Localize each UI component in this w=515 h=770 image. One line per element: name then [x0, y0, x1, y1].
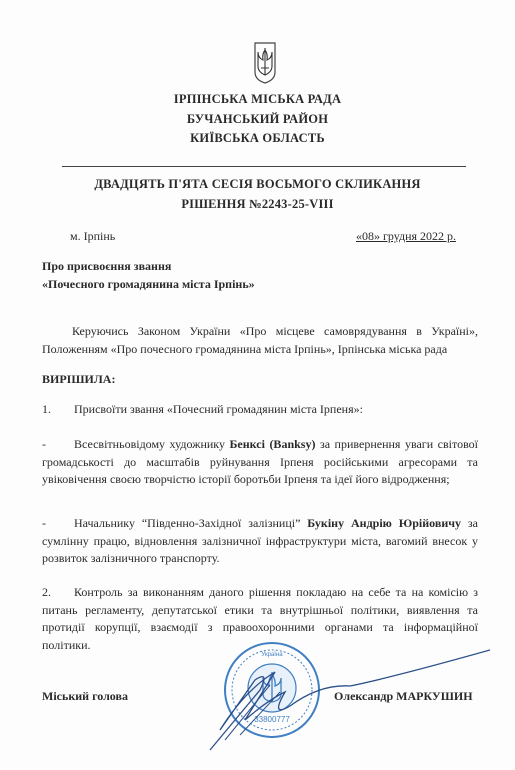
bullet: - — [42, 436, 74, 454]
banksy-name: Бенксі (Banksy) — [229, 437, 315, 451]
bullet: - — [42, 515, 74, 533]
district-name: БУЧАНСЬКИЙ РАЙОН — [0, 112, 515, 127]
item-banksy: -Всесвітньовідому художнику Бенксі (Bank… — [42, 436, 478, 489]
signatory-name: Олександр МАРКУШИН — [334, 689, 473, 704]
council-name: ІРПІНСЬКА МІСЬКА РАДА — [0, 92, 515, 107]
banksy-prefix: Всесвітньовідому художнику — [74, 437, 229, 451]
decision-number: РІШЕННЯ №2243-25-VIII — [0, 197, 515, 212]
preamble: Керуючись Законом України «Про місцеве с… — [42, 323, 478, 358]
document-page: ІРПІНСЬКА МІСЬКА РАДА БУЧАНСЬКИЙ РАЙОН К… — [0, 0, 515, 770]
subject-line-1: Про присвоєння звання — [42, 259, 171, 274]
city: м. Ірпінь — [70, 229, 115, 244]
trident-emblem-icon — [254, 42, 276, 84]
item-1-text: Присвоїти звання «Почесний громадянин мі… — [74, 402, 363, 416]
header-divider — [62, 166, 466, 167]
mayor-signature-icon — [150, 610, 490, 760]
bukin-name: Букіну Андрію Юрійовичу — [307, 516, 461, 530]
item-1: 1.Присвоїти звання «Почесний громадянин … — [42, 401, 478, 419]
subject-line-2: «Почесного громадянина міста Ірпінь» — [42, 277, 255, 292]
session-title: ДВАДЦЯТЬ П'ЯТА СЕСІЯ ВОСЬМОГО СКЛИКАННЯ — [0, 177, 515, 192]
signatory-position: Міський голова — [42, 689, 128, 704]
decision-date: «08» грудня 2022 р. — [356, 229, 456, 244]
bukin-prefix: Начальнику “Південно-Західної залізниці” — [74, 516, 307, 530]
resolved-label: ВИРІШИЛА: — [42, 372, 115, 387]
region-name: КИЇВСЬКА ОБЛАСТЬ — [0, 131, 515, 146]
item-bukin: -Начальнику “Південно-Західної залізниці… — [42, 515, 478, 568]
item-1-number: 1. — [42, 401, 74, 419]
item-2-number: 2. — [42, 584, 74, 602]
